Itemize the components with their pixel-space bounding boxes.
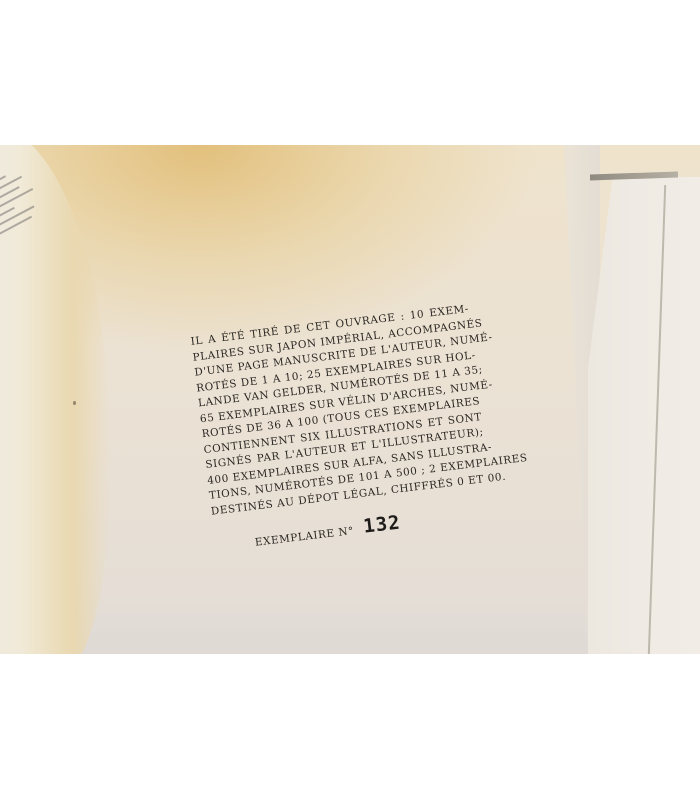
exemplaire-number: 132	[362, 511, 402, 537]
colophon-text-block: IL A ÉTÉ TIRÉ DE CET OUVRAGE : 10 EXEM- …	[190, 302, 494, 556]
deckle-edge-pages	[588, 177, 700, 654]
book-photograph: IL A ÉTÉ TIRÉ DE CET OUVRAGE : 10 EXEM- …	[0, 145, 700, 654]
paper-speck	[73, 401, 76, 405]
